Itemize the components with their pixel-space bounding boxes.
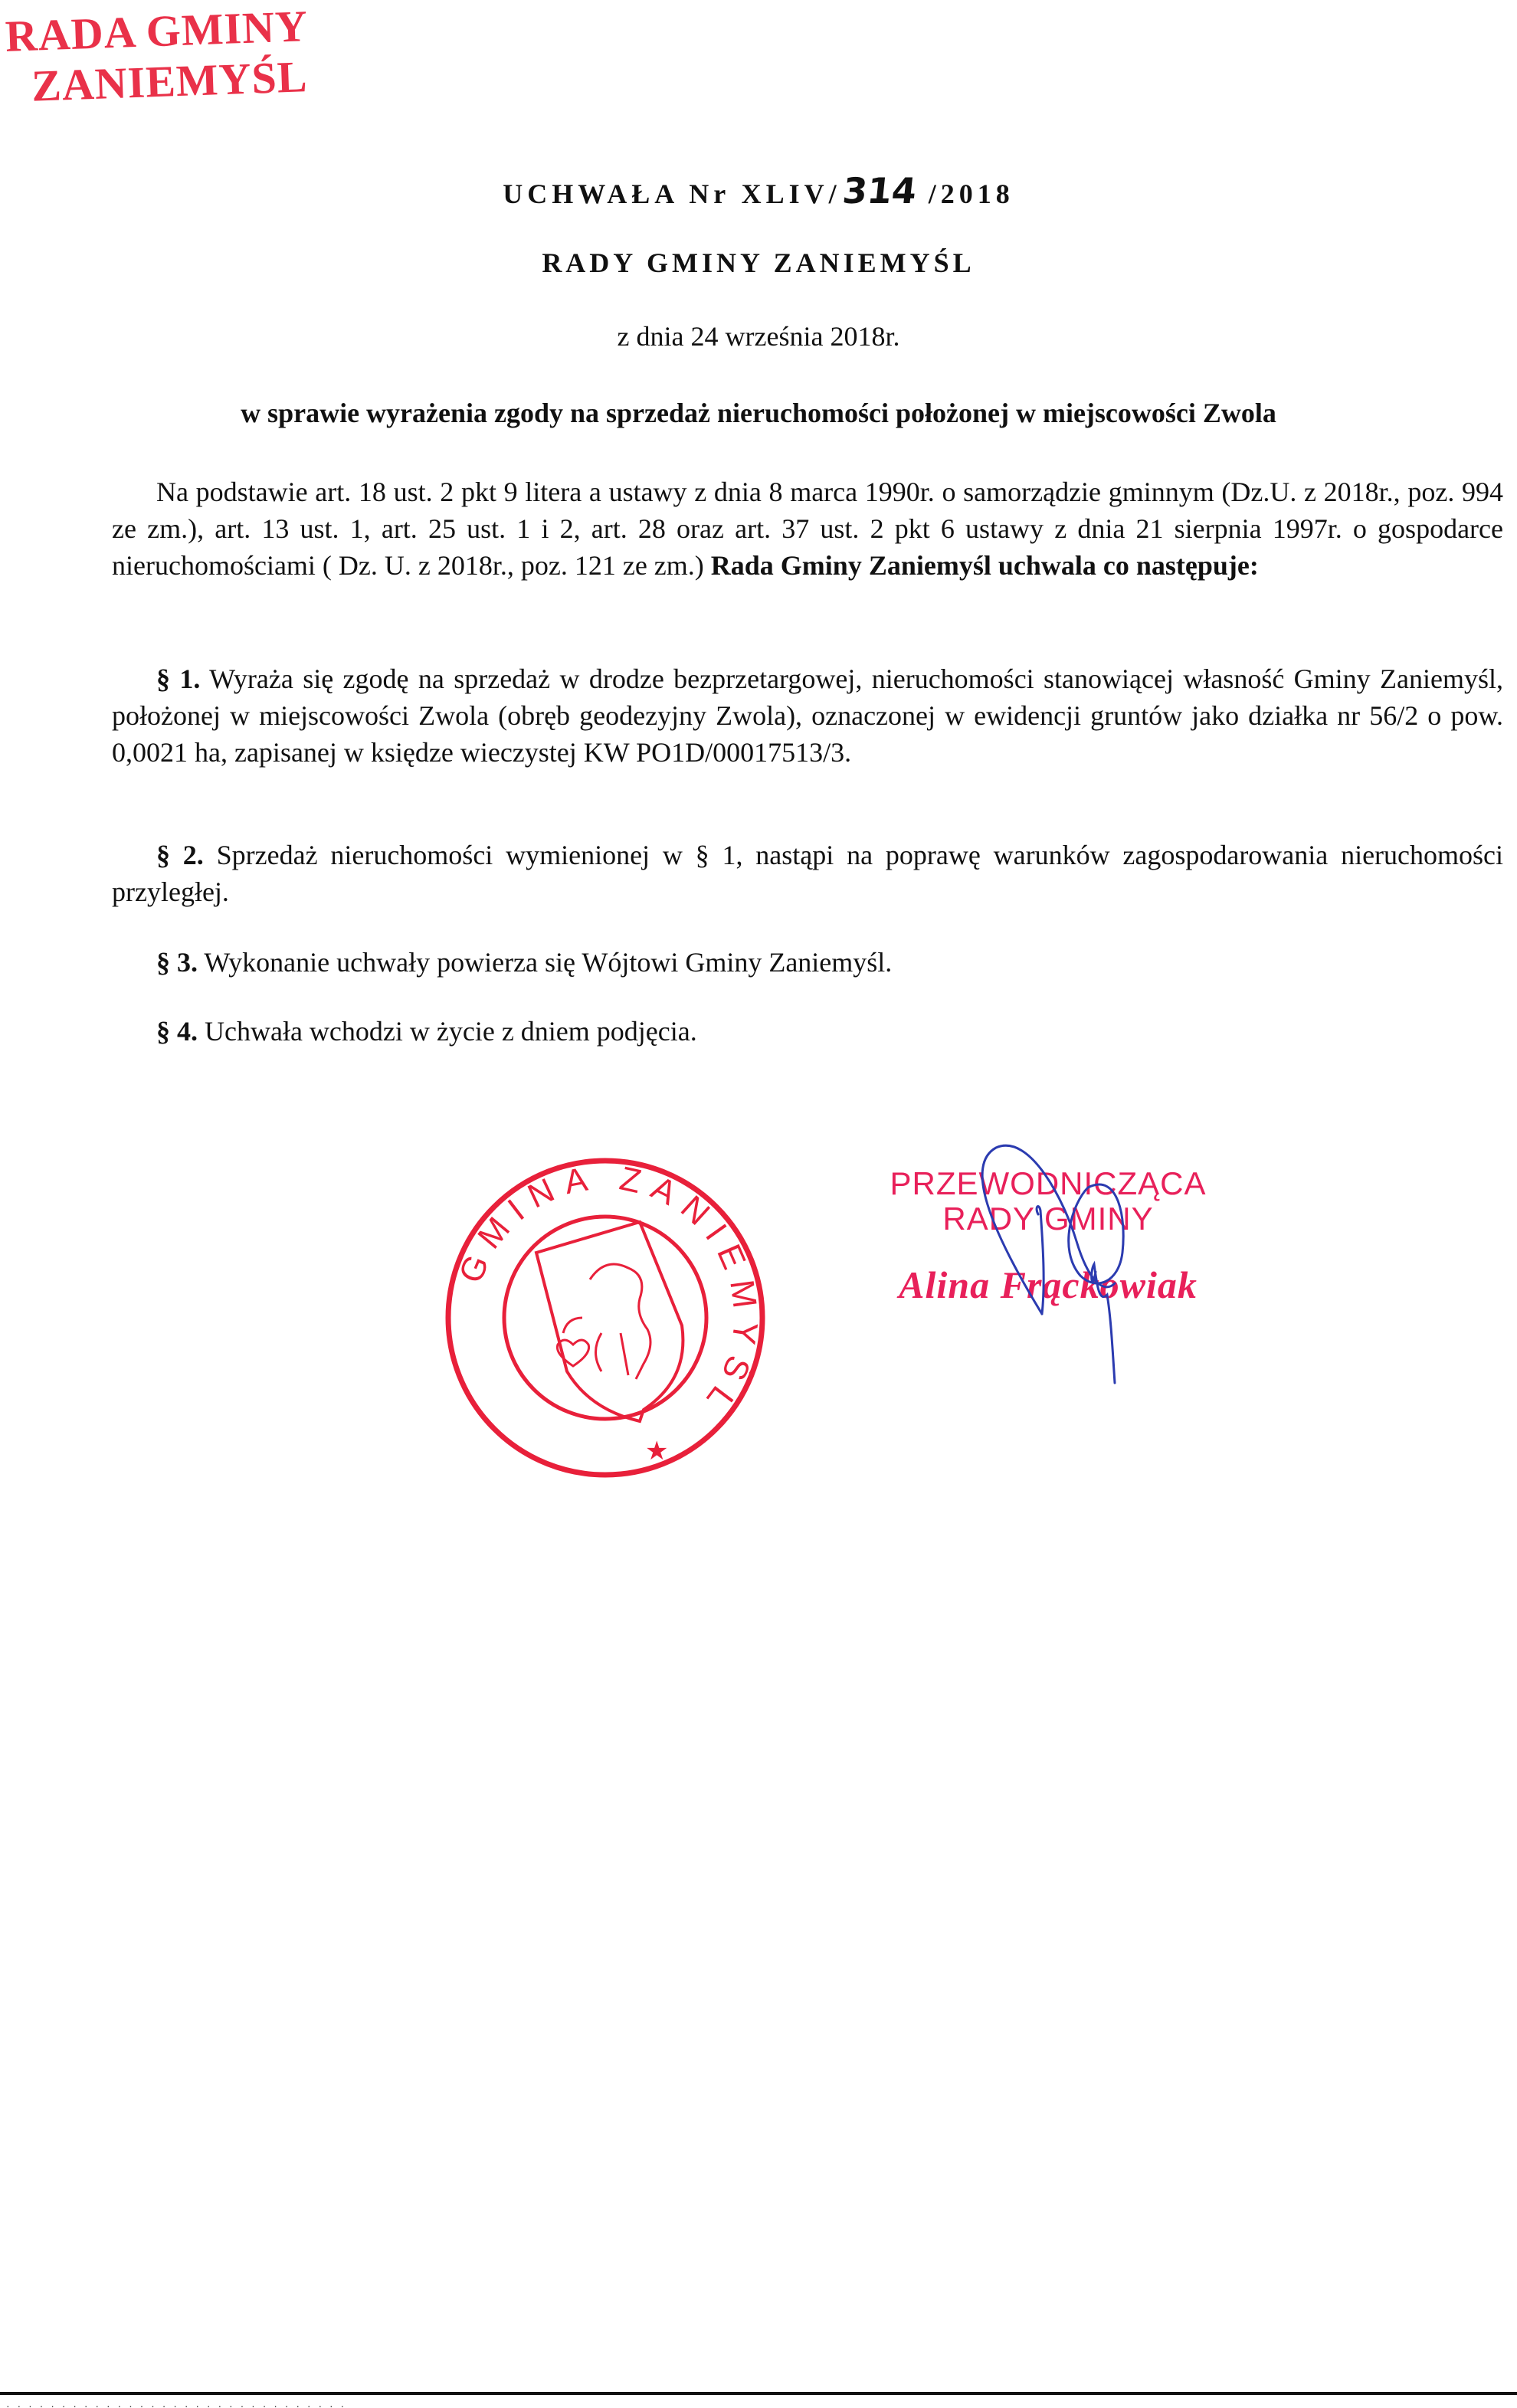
svg-text:★: ★ [645,1436,668,1466]
paragraph-label: § 1. [156,663,200,694]
paragraph-label: § 4. [156,1016,198,1047]
council-name: RADY GMINY ZANIEMYŚL [0,247,1517,279]
resolution-subject: w sprawie wyrażenia zgody na sprzedaż ni… [0,397,1517,429]
handwritten-number: 314 [840,170,919,211]
preamble: Na podstawie art. 18 ust. 2 pkt 9 litera… [112,473,1503,584]
paragraph-3: § 3. Wykonanie uchwały powierza się Wójt… [112,944,1503,981]
footer-text: · · · · · · · · · · · · · · · · · · · · … [6,2400,346,2408]
title-prefix: UCHWAŁA Nr XLIV/ [503,179,840,209]
paragraph-text: Sprzedaż nieruchomości wymienionej w § 1… [112,840,1503,907]
council-corner-stamp: RADA GMINY ZANIEMYŚL [5,1,310,113]
footer-rule [0,2392,1517,2395]
chairperson-stamp: PRZEWODNICZĄCA RADY GMINY Alina Frąckowi… [834,1166,1263,1307]
paragraph-text: Uchwała wchodzi w życie z dniem podjęcia… [205,1016,697,1047]
chair-name: Alina Frąckowiak [834,1263,1263,1307]
title-suffix: /2018 [929,179,1014,209]
paragraph-1: § 1. Wyraża się zgodę na sprzedaż w drod… [112,660,1503,771]
paragraph-label: § 3. [156,947,198,978]
paragraph-text: Wykonanie uchwały powierza się Wójtowi G… [204,947,892,978]
paragraph-text: Wyraża się zgodę na sprzedaż w drodze be… [112,663,1503,768]
resolution-date: z dnia 24 września 2018r. [0,320,1517,352]
resolution-title: UCHWAŁA Nr XLIV/314/2018 [0,170,1517,211]
paragraph-4: § 4. Uchwała wchodzi w życie z dniem pod… [112,1013,1503,1050]
chair-title: PRZEWODNICZĄCA [834,1166,1263,1201]
municipal-seal-icon: GMINA ZANIEMYŚL ★ [437,1149,774,1486]
corner-stamp-line2: ZANIEMYŚL [6,51,310,113]
preamble-bold-tail: Rada Gminy Zaniemyśl uchwala co następuj… [711,550,1259,581]
paragraph-label: § 2. [156,840,204,870]
chair-council: RADY GMINY [834,1201,1263,1237]
paragraph-2: § 2. Sprzedaż nieruchomości wymienionej … [112,837,1503,910]
